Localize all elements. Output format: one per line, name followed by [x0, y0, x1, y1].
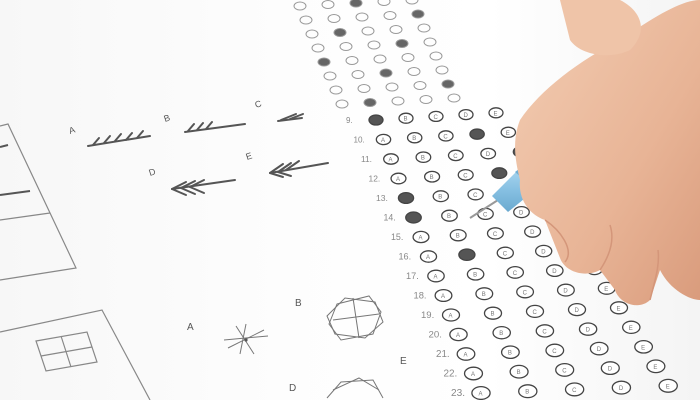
- svg-text:C: C: [443, 134, 448, 140]
- svg-text:A: A: [471, 372, 475, 378]
- svg-text:A: A: [187, 322, 194, 333]
- svg-text:A: A: [396, 177, 400, 183]
- svg-text:B: B: [517, 370, 521, 376]
- star-option-d: [327, 378, 383, 398]
- svg-text:B: B: [491, 312, 495, 318]
- svg-text:C: C: [533, 310, 538, 316]
- svg-text:E: E: [629, 326, 633, 332]
- svg-text:B: B: [525, 390, 529, 396]
- question-number: 13.: [376, 193, 388, 203]
- svg-text:E: E: [666, 384, 670, 390]
- svg-text:A: A: [434, 275, 438, 281]
- svg-text:E: E: [641, 345, 645, 351]
- arrow-option-d: [172, 180, 235, 195]
- svg-text:B: B: [482, 292, 486, 298]
- svg-text:D: D: [608, 367, 613, 373]
- svg-text:A: A: [426, 255, 430, 261]
- question-number: 15.: [391, 232, 403, 242]
- answer-bubble: [406, 212, 422, 223]
- svg-text:B: B: [421, 156, 425, 162]
- svg-text:B: B: [499, 331, 503, 337]
- figure-box-bottom: [0, 310, 150, 400]
- svg-text:A: A: [464, 353, 468, 359]
- question-number: 10.: [354, 136, 365, 145]
- star-option-a: [224, 324, 268, 354]
- svg-text:B: B: [508, 351, 512, 357]
- svg-text:D: D: [148, 166, 158, 178]
- answer-bubble: [398, 193, 413, 204]
- svg-text:C: C: [463, 173, 468, 179]
- question-number: 23.: [451, 388, 465, 399]
- svg-text:C: C: [562, 368, 567, 374]
- answer-bubble: [470, 129, 484, 139]
- svg-text:A: A: [68, 125, 77, 136]
- question-number: 9.: [346, 116, 353, 125]
- question-number: 19.: [421, 310, 434, 321]
- svg-text:D: D: [486, 152, 491, 158]
- svg-text:C: C: [493, 232, 498, 238]
- svg-text:E: E: [604, 287, 608, 293]
- question-number: 17.: [406, 271, 419, 281]
- svg-text:B: B: [456, 234, 460, 240]
- svg-text:C: C: [453, 154, 458, 160]
- svg-text:E: E: [653, 365, 657, 371]
- star-question: A B E D: [187, 296, 407, 398]
- arrow-option-a: [88, 131, 150, 146]
- svg-text:A: A: [389, 158, 393, 164]
- arrow-option-b: [185, 122, 245, 132]
- svg-text:B: B: [438, 195, 442, 201]
- svg-text:A: A: [449, 314, 453, 320]
- svg-text:A: A: [419, 236, 423, 242]
- svg-text:E: E: [494, 111, 498, 117]
- svg-text:A: A: [381, 138, 385, 144]
- svg-text:B: B: [404, 117, 408, 123]
- question-number: 20.: [429, 330, 442, 341]
- photo-scene: A B C D: [0, 0, 700, 400]
- answer-bubble: [369, 115, 383, 125]
- svg-text:C: C: [434, 115, 439, 121]
- question-number: 21.: [436, 349, 450, 360]
- svg-text:C: C: [542, 329, 547, 335]
- svg-text:D: D: [464, 113, 469, 119]
- question-number: 11.: [361, 154, 372, 164]
- arrow-option-c: [278, 114, 303, 121]
- hand: [515, 0, 700, 305]
- question-number: 18.: [414, 291, 427, 301]
- svg-text:A: A: [441, 294, 445, 300]
- svg-text:A: A: [456, 333, 460, 339]
- svg-text:D: D: [575, 308, 580, 314]
- question-number: 14.: [384, 213, 396, 223]
- svg-text:B: B: [447, 214, 451, 220]
- svg-text:C: C: [473, 193, 478, 199]
- figure-box-top: [0, 124, 76, 280]
- question-number: 12.: [369, 174, 381, 184]
- svg-text:B: B: [473, 273, 477, 279]
- question-number: 22.: [444, 369, 458, 380]
- svg-text:D: D: [541, 250, 546, 256]
- svg-text:D: D: [530, 230, 535, 236]
- answer-bubble: [459, 249, 475, 260]
- svg-text:D: D: [619, 386, 624, 392]
- svg-text:C: C: [513, 271, 518, 277]
- svg-text:D: D: [289, 383, 296, 394]
- svg-text:C: C: [254, 98, 264, 110]
- svg-text:C: C: [572, 388, 577, 394]
- svg-text:D: D: [552, 269, 557, 275]
- svg-text:C: C: [552, 349, 557, 355]
- svg-text:A: A: [479, 392, 483, 398]
- svg-text:D: D: [519, 211, 524, 217]
- svg-text:B: B: [412, 136, 416, 142]
- svg-text:D: D: [586, 328, 591, 334]
- svg-text:D: D: [597, 347, 602, 353]
- svg-text:E: E: [506, 131, 510, 137]
- question-number: 16.: [399, 252, 412, 262]
- svg-text:E: E: [400, 356, 407, 367]
- svg-text:E: E: [617, 306, 621, 312]
- svg-text:C: C: [483, 212, 488, 218]
- svg-text:B: B: [163, 113, 172, 124]
- svg-text:B: B: [295, 298, 302, 309]
- arrow-question: A B C D: [68, 98, 328, 195]
- answer-bubble: [492, 168, 507, 179]
- answer-sheet-photo: A B C D: [0, 0, 700, 400]
- svg-text:E: E: [245, 151, 254, 162]
- svg-text:C: C: [503, 251, 508, 257]
- svg-text:B: B: [430, 175, 434, 181]
- arrow-option-e: [270, 161, 328, 177]
- svg-text:C: C: [523, 290, 528, 296]
- star-option-b: [327, 296, 383, 340]
- svg-text:D: D: [563, 289, 568, 295]
